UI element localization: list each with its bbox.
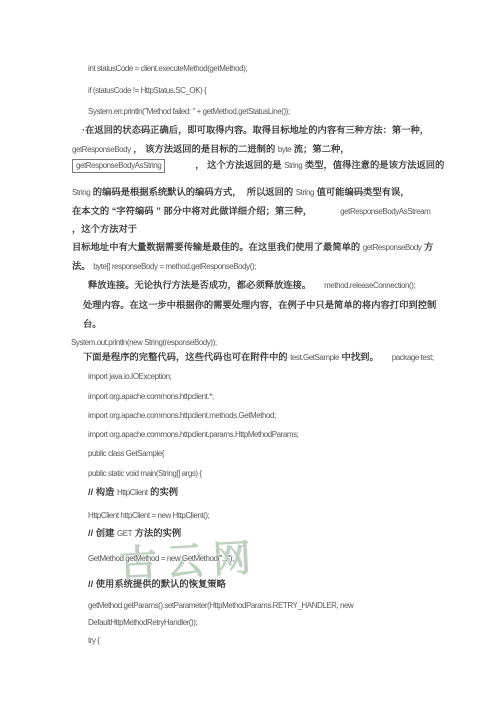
paragraph-line: ，这个方法对于 [72, 222, 137, 235]
code-text: package test; [392, 353, 434, 362]
code-text: getResponseBody [72, 145, 131, 154]
chinese-text: 值可能编码类型有误， [314, 187, 410, 197]
code-text: DefaultHttpMethodRetryHandler()); [88, 618, 197, 627]
paragraph-line: 目标地址中有大量数据需要传输是最佳的。在这里我们使用了最简单的 getRespo… [72, 240, 433, 254]
chinese-text: 释放连接。无论执行方法是否成功，都必须释放连接。 [88, 280, 311, 290]
chinese-text: 台。 [83, 319, 102, 329]
code-box: getResponseBodyAsString [72, 159, 165, 173]
chinese-text: ，这个方法对于 [72, 224, 137, 234]
code-line: import java.io.IOException; [88, 369, 171, 383]
chinese-text: 中找到。 [339, 352, 379, 362]
chinese-text: 流；第二种， [291, 144, 349, 154]
comment-line: // 使用系统提供的默认的恢复策略 [88, 577, 226, 590]
code-text: public class GetSample{ [88, 449, 164, 458]
chinese-text: ， 该方法返回的是目标的二进制的 [131, 144, 278, 154]
document-page: 古云网 int statusCode = client.executeMetho… [0, 0, 500, 708]
code-line: getMethod.getParams().setParameter(HttpM… [88, 598, 353, 612]
code-text: GET [117, 529, 132, 538]
code-text: import org.apache.commons.httpclient.*; [88, 392, 214, 401]
code-line: GetMethod getMethod = new GetMethod("...… [88, 551, 234, 565]
code-text: if (statusCode != HttpStatus.SC_OK) { [88, 86, 206, 95]
code-text: HttpClient [117, 488, 148, 497]
code-text: import java.io.IOException; [88, 372, 171, 381]
paragraph-line: ·在返回的状态码正确后，即可取得内容。取得目标地址的内容有三种方法：第一种， [82, 123, 429, 136]
code-text: String [72, 188, 90, 197]
code-text: GetMethod getMethod = new GetMethod("...… [88, 554, 234, 563]
chinese-text: 的编码是根据系统默认的编码方式， 所以返回的 [90, 187, 296, 197]
code-text: test.GetSample [290, 353, 339, 362]
chinese-text: 法。 [72, 261, 93, 271]
comment-line: // 创建 GET 方法的实例 [88, 526, 181, 540]
code-line: import org.apache.commons.httpclient.*; [88, 389, 214, 403]
comment-line: // 构造 HttpClient 的实例 [88, 485, 178, 499]
code-line: int statusCode = client.executeMethod(ge… [88, 61, 247, 75]
code-line: System.out.println(new String(responseBo… [71, 335, 217, 349]
code-line: DefaultHttpMethodRetryHandler()); [88, 615, 197, 629]
chinese-text: // 使用系统提供的默认的恢复策略 [88, 579, 226, 589]
code-text: import org.apache.commons.httpclient.par… [88, 430, 298, 439]
code-text: getResponseBody [363, 243, 422, 252]
code-line: import org.apache.commons.httpclient.par… [88, 427, 298, 441]
code-text: HttpClient httpClient = new HttpClient()… [88, 511, 209, 520]
code-text: try { [88, 636, 100, 645]
paragraph-line: getResponseBodyAsString， 这个方法返回的是 String… [72, 158, 444, 173]
chinese-text: 在本文的 “字符编码 ” 部分中将对此做详细介绍；第三种， [72, 206, 312, 216]
code-text: public static void main(String[] args) { [88, 469, 202, 478]
paragraph-line: 下面是程序的完整代码，这些代码也可在附件中的 test.GetSample 中找… [83, 350, 434, 364]
chinese-text: 的实例 [148, 487, 178, 497]
code-line: import org.apache.commons.httpclient.met… [88, 408, 276, 422]
code-line: HttpClient httpClient = new HttpClient()… [88, 508, 209, 522]
paragraph-line: 台。 [83, 317, 102, 330]
code-text: getResponseBodyAsStream [340, 207, 430, 216]
chinese-text: // 构造 [88, 487, 117, 497]
code-text: import org.apache.commons.httpclient.met… [88, 411, 276, 420]
code-text: String [284, 161, 302, 170]
code-line: if (statusCode != HttpStatus.SC_OK) { [88, 83, 206, 97]
code-text: method.releaseConnection(); [324, 281, 415, 290]
paragraph-line: 处理内容。在这一步中根据你的需要处理内容，在例子中只是简单的将内容打印到控制 [83, 298, 436, 311]
code-text: byte [278, 145, 291, 154]
code-line: public class GetSample{ [88, 446, 164, 460]
code-text: System.err.println("Method failed: " + g… [88, 107, 290, 116]
paragraph-line: String 的编码是根据系统默认的编码方式， 所以返回的 String 值可能… [72, 185, 410, 199]
code-line: try { [88, 633, 100, 647]
chinese-text: 目标地址中有大量数据需要传输是最佳的。在这里我们使用了最简单的 [72, 242, 363, 252]
chinese-text: // 创建 [88, 528, 117, 538]
chinese-text: 方法的实例 [132, 528, 181, 538]
chinese-text: ， 这个方法返回的是 [195, 160, 284, 170]
code-text: int statusCode = client.executeMethod(ge… [88, 64, 247, 73]
chinese-text: ·在返回的状态码正确后，即可取得内容。取得目标地址的内容有三种方法：第一种， [82, 125, 429, 135]
code-line: System.err.println("Method failed: " + g… [88, 104, 290, 118]
chinese-text: 类型，值得注意的是该方法返回的 [302, 160, 444, 170]
code-line: public static void main(String[] args) { [88, 466, 202, 480]
chinese-text: 处理内容。在这一步中根据你的需要处理内容，在例子中只是简单的将内容打印到控制 [83, 300, 436, 310]
paragraph-line: getResponseBody ， 该方法返回的是目标的二进制的 byte 流；… [72, 142, 350, 156]
paragraph-line: 在本文的 “字符编码 ” 部分中将对此做详细介绍；第三种，getResponse… [72, 204, 430, 218]
code-text: String [296, 188, 314, 197]
chinese-text: 下面是程序的完整代码，这些代码也可在附件中的 [83, 352, 290, 362]
chinese-text: 方 [421, 242, 433, 252]
paragraph-line: 法。 byte[] responseBody = method.getRespo… [72, 259, 256, 273]
paragraph-line: 释放连接。无论执行方法是否成功，都必须释放连接。method.releaseCo… [88, 278, 415, 292]
code-text: getMethod.getParams().setParameter(HttpM… [88, 601, 353, 610]
code-text: System.out.println(new String(responseBo… [71, 338, 217, 347]
code-text: byte[] responseBody = method.getResponse… [93, 262, 256, 271]
